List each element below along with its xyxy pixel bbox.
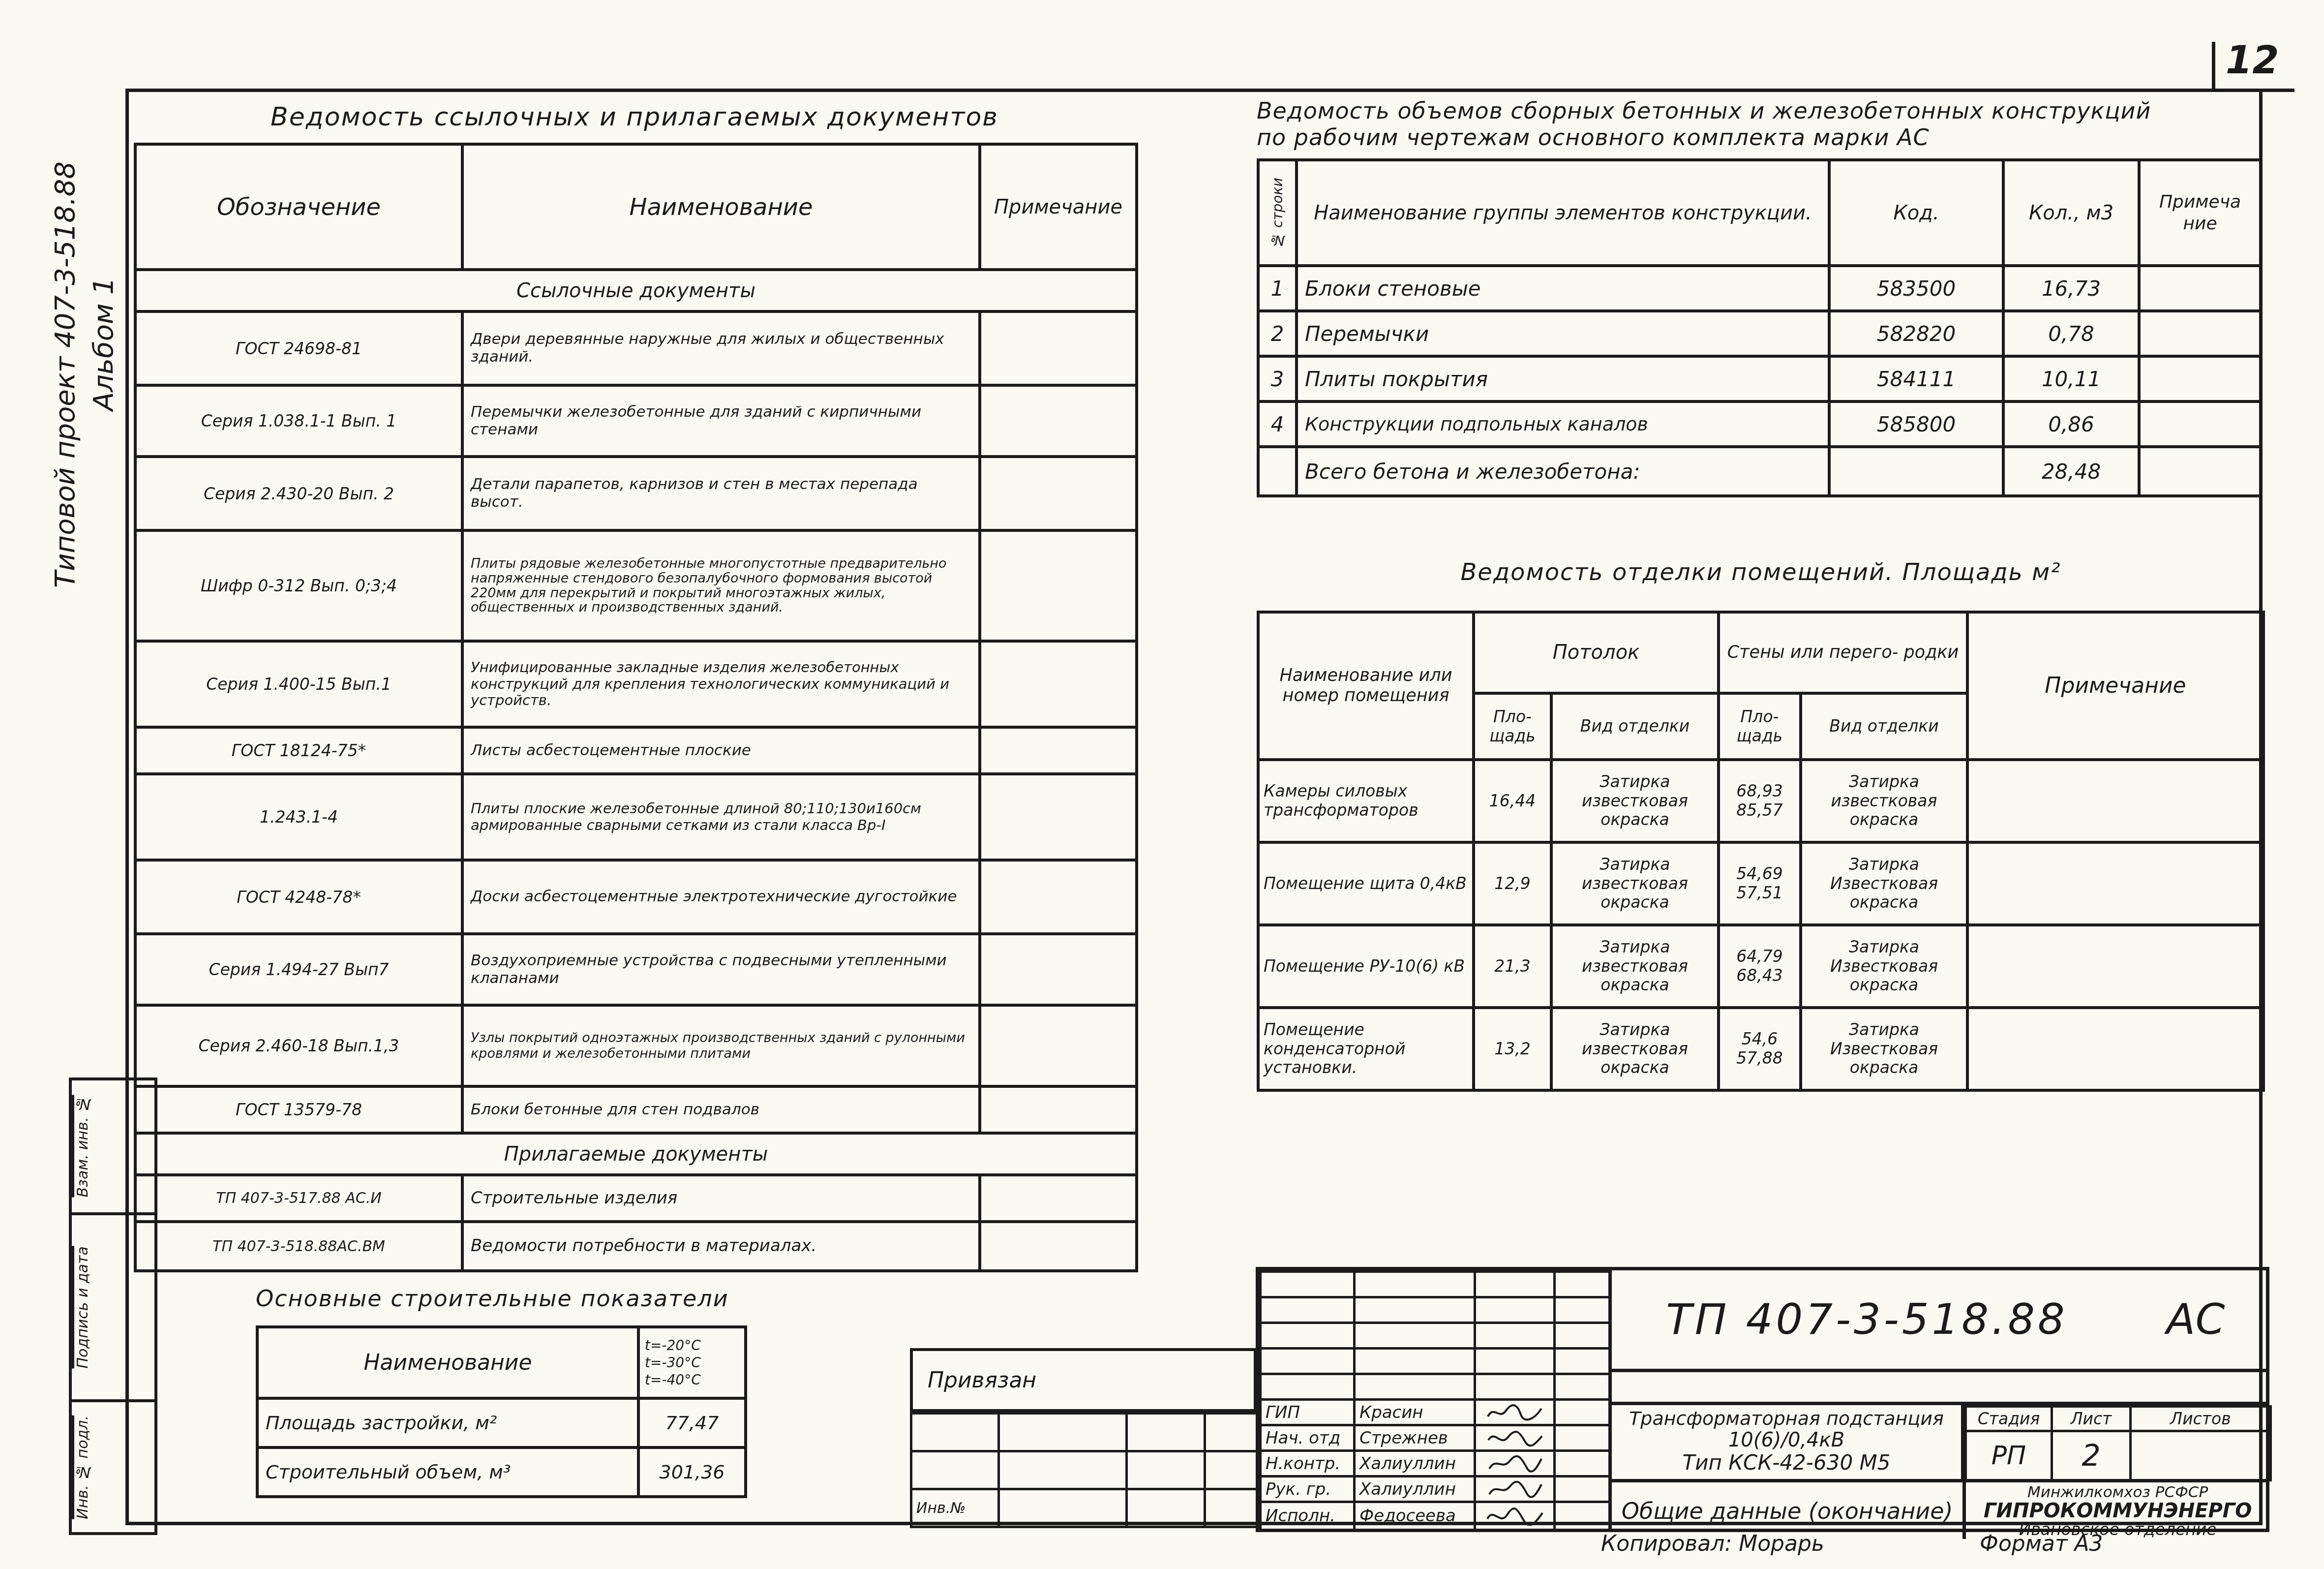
signature-cell <box>1475 1400 1555 1425</box>
indicators-title: Основные строительные показатели <box>256 1285 748 1312</box>
finishing-title: Ведомость отделки помещений. Площадь м² <box>1257 558 2265 586</box>
ceiling-area-cell: 21,3 <box>1474 925 1551 1008</box>
note-cell <box>980 385 1137 457</box>
note-cell <box>2139 311 2261 356</box>
section-label: Прилагаемые документы <box>135 1133 1137 1175</box>
name-cell: Детали парапетов, карнизов и стен в мест… <box>462 457 980 530</box>
empty-cell <box>1829 447 2003 496</box>
sheet-name: Общие данные (окончание) <box>1612 1482 1966 1539</box>
col-ceiling-kind: Вид отделки <box>1551 693 1719 760</box>
empty-cell <box>1127 1451 1205 1489</box>
table-row: 1 Блоки стеновые 583500 16,73 <box>1258 266 2261 311</box>
note-cell <box>980 1222 1137 1271</box>
name-cell: Ведомости потребности в материалах. <box>462 1222 980 1271</box>
qty-cell: 16,73 <box>2003 266 2139 311</box>
col-designation: Обозначение <box>135 144 462 270</box>
table-row: Серия 1.400-15 Вып.1 Унифицированные зак… <box>135 641 1137 727</box>
table-row: ТП 407-3-517.88 АС.И Строительные издели… <box>135 1175 1137 1222</box>
name-cell: Халиуллин <box>1355 1451 1475 1477</box>
empty-cell <box>1355 1349 1475 1374</box>
empty-cell <box>1205 1451 1258 1489</box>
table-header-row: № строки Наименование группы элементов к… <box>1258 160 2261 266</box>
designation-cell: Серия 2.460-18 Вып.1,3 <box>135 1005 462 1086</box>
grid-row <box>1261 1374 1610 1400</box>
name-cell: Воздухоприемные устройства с подвесными … <box>462 934 980 1005</box>
walls-area-2: 68,43 <box>1736 966 1782 985</box>
table-row: Помещение конденсаторной установки. 13,2… <box>1258 1008 2264 1090</box>
name-cell: Блоки бетонные для стен подвалов <box>462 1086 980 1133</box>
signature-row: Нач. отд Стрежнев <box>1261 1425 1610 1451</box>
doc-mark: АС <box>2122 1295 2269 1344</box>
indicator-value-cell: 301,36 <box>638 1447 746 1497</box>
name-cell: Плиты рядовые железобетонные многопустот… <box>462 530 980 641</box>
designation-cell: ТП 407-3-518.88АС.ВМ <box>135 1222 462 1271</box>
table-row <box>911 1451 1258 1489</box>
empty-cell <box>1555 1297 1610 1323</box>
empty-cell <box>1127 1414 1205 1451</box>
note-cell <box>1967 842 2264 925</box>
qty-cell: 0,78 <box>2003 311 2139 356</box>
total-row: Всего бетона и железобетона: 28,48 <box>1258 447 2261 496</box>
stamp-empty-cell <box>103 1402 154 1532</box>
stamp-label: Подпись и дата <box>72 1246 103 1369</box>
empty-cell <box>1261 1323 1355 1349</box>
designation-cell: ГОСТ 24698-81 <box>135 311 462 385</box>
sheet-name-band: Общие данные (окончание) Минжилкомхоз РС… <box>1612 1482 2269 1539</box>
reference-docs-block: Ведомость ссылочных и прилагаемых докуме… <box>134 102 1135 1272</box>
ceiling-kind-cell: Затирка известковая окраска <box>1551 760 1719 842</box>
grid-row <box>1261 1323 1610 1349</box>
grid-row <box>1261 1297 1610 1323</box>
qty-cell: 0,86 <box>2003 401 2139 447</box>
total-qty-cell: 28,48 <box>2003 447 2139 496</box>
empty-cell <box>1555 1425 1610 1451</box>
note-cell <box>980 1086 1137 1133</box>
empty-cell <box>1261 1272 1355 1297</box>
walls-kind-cell: Затирка Известковая окраска <box>1801 1008 1967 1090</box>
empty-cell <box>1475 1323 1555 1349</box>
room-cell: Камеры силовых трансформаторов <box>1258 760 1474 842</box>
note-cell <box>980 860 1137 934</box>
note-cell <box>980 1175 1137 1222</box>
empty-cell <box>1205 1414 1258 1451</box>
empty-cell <box>999 1414 1127 1451</box>
indicator-value-cell: 77,47 <box>638 1398 746 1447</box>
stage-value: РП <box>1966 1431 2052 1480</box>
empty-cell <box>1555 1349 1610 1374</box>
designation-cell: Серия 1.400-15 Вып.1 <box>135 641 462 727</box>
section-label: Ссылочные документы <box>135 270 1137 311</box>
walls-area-2: 85,57 <box>1736 800 1782 820</box>
inventory-number-label: Инв.№ <box>911 1489 999 1527</box>
qty-cell: 10,11 <box>2003 356 2139 401</box>
table-row: 1.243.1-4 Плиты плоские железобетонные д… <box>135 774 1137 860</box>
line-number-cell: 3 <box>1258 356 1297 401</box>
empty-cell <box>1555 1323 1610 1349</box>
table-row: Серия 2.460-18 Вып.1,3 Узлы покрытий одн… <box>135 1005 1137 1086</box>
name-cell: Перемычки <box>1297 311 1829 356</box>
empty-band <box>1612 1372 2269 1405</box>
title-block: ГИП Красин Нач. отд Стрежнев Н.контр. Ха… <box>1256 1267 2269 1532</box>
empty-cell <box>1355 1297 1475 1323</box>
room-cell: Помещение РУ-10(6) кВ <box>1258 925 1474 1008</box>
name-cell: Строительные изделия <box>462 1175 980 1222</box>
name-cell: Красин <box>1355 1400 1475 1425</box>
note-cell <box>980 1005 1137 1086</box>
binding-table: Инв.№ <box>910 1412 1259 1528</box>
sheets-header: Листов <box>2131 1407 2271 1431</box>
reference-docs-table: Обозначение Наименование Примечание Ссыл… <box>134 143 1138 1272</box>
stage-header-row: Стадия Лист Листов <box>1966 1407 2271 1431</box>
stamp-label: Взам. инв. № <box>72 1095 103 1198</box>
note-cell <box>980 530 1137 641</box>
signature-grid: ГИП Красин Нач. отд Стрежнев Н.контр. Ха… <box>1259 1270 1611 1531</box>
note-cell <box>980 934 1137 1005</box>
grid-row <box>1261 1349 1610 1374</box>
object-line3: Тип КСК-42-630 М5 <box>1612 1451 1961 1474</box>
empty-cell <box>1205 1489 1258 1527</box>
empty-cell <box>1475 1349 1555 1374</box>
table-header-row: Наименование или номер помещения Потолок… <box>1258 612 2264 693</box>
table-row: Шифр 0-312 Вып. 0;3;4 Плиты рядовые желе… <box>135 530 1137 641</box>
name-cell: Листы асбестоцементные плоские <box>462 727 980 774</box>
indicators-block: Основные строительные показатели Наимено… <box>256 1285 748 1498</box>
object-cell: Трансформаторная подстанция 10(6)/0,4кВ … <box>1612 1405 1964 1479</box>
format-caption: Формат А3 <box>1980 1531 2103 1556</box>
org-line2: ГИПРОКОММУНЭНЕРГО <box>1966 1501 2269 1521</box>
name-cell: Федосеева <box>1355 1502 1475 1530</box>
col-note: Примечание <box>1967 612 2264 760</box>
role-cell: Нач. отд <box>1261 1425 1355 1451</box>
organization-cell: Минжилкомхоз РСФСР ГИПРОКОММУНЭНЕРГО Ива… <box>1966 1482 2269 1539</box>
table-row: 2 Перемычки 582820 0,78 <box>1258 311 2261 356</box>
org-line1: Минжилкомхоз РСФСР <box>1966 1484 2269 1501</box>
signature-icon <box>1485 1506 1544 1526</box>
note-cell <box>980 774 1137 860</box>
name-cell: Стрежнев <box>1355 1425 1475 1451</box>
stage-value-row: РП 2 <box>1966 1431 2271 1480</box>
temp-line: t=-40°C <box>645 1371 739 1388</box>
table-row: Серия 2.430-20 Вып. 2 Детали парапетов, … <box>135 457 1137 530</box>
table-row: ГОСТ 24698-81 Двери деревянные наружные … <box>135 311 1137 385</box>
name-cell: Халиуллин <box>1355 1477 1475 1502</box>
volumes-table: № строки Наименование группы элементов к… <box>1257 158 2263 497</box>
volumes-title-line1: Ведомость объемов сборных бетонных и жел… <box>1257 97 2265 124</box>
ceiling-kind-cell: Затирка известковая окраска <box>1551 925 1719 1008</box>
designation-cell: ГОСТ 4248-78* <box>135 860 462 934</box>
line-number-cell: 1 <box>1258 266 1297 311</box>
walls-area-1: 68,93 <box>1736 781 1782 800</box>
frame-top-extension <box>2263 89 2294 92</box>
empty-cell <box>1355 1374 1475 1400</box>
signature-row: Н.контр. Халиуллин <box>1261 1451 1610 1477</box>
signature-icon <box>1485 1479 1544 1499</box>
col-ceiling: Потолок <box>1474 612 1719 693</box>
name-cell: Унифицированные закладные изделия железо… <box>462 641 980 727</box>
name-cell: Доски асбестоцементные электротехнически… <box>462 860 980 934</box>
sheet-header: Лист <box>2052 1407 2131 1431</box>
designation-cell: Шифр 0-312 Вып. 0;3;4 <box>135 530 462 641</box>
empty-cell <box>999 1489 1127 1527</box>
object-line1: Трансформаторная подстанция <box>1612 1408 1961 1429</box>
table-row: Площадь застройки, м² 77,47 <box>257 1398 746 1447</box>
copied-by-caption: Копировал: Морарь <box>1601 1531 1824 1556</box>
col-qty: Кол., м3 <box>2003 160 2139 266</box>
col-note: Примечание <box>980 144 1137 270</box>
role-cell: Рук. гр. <box>1261 1477 1355 1502</box>
col-name: Наименование группы элементов конструкци… <box>1297 160 1829 266</box>
empty-cell <box>1475 1297 1555 1323</box>
col-note: Примеча ние <box>2139 160 2261 266</box>
note-cell <box>1967 760 2264 842</box>
empty-cell <box>2139 447 2261 496</box>
name-cell: Узлы покрытий одноэтажных производственн… <box>462 1005 980 1086</box>
indicator-name-cell: Площадь застройки, м² <box>257 1398 638 1447</box>
table-row <box>911 1414 1258 1451</box>
reference-docs-title: Ведомость ссылочных и прилагаемых докуме… <box>134 102 1135 143</box>
col-line-number: № строки <box>1258 160 1297 266</box>
sheet-value: 2 <box>2052 1431 2131 1480</box>
signature-icon <box>1485 1403 1544 1422</box>
stamp-label: Инв. № подл. <box>72 1415 103 1519</box>
stage-cell: Стадия Лист Листов РП 2 <box>1964 1405 2269 1479</box>
designation-cell: Серия 2.430-20 Вып. 2 <box>135 457 462 530</box>
empty-cell <box>911 1414 999 1451</box>
designation-cell: ГОСТ 18124-75* <box>135 727 462 774</box>
title-block-right: ТП 407-3-518.88 АС Трансформаторная подс… <box>1608 1270 2269 1529</box>
grid-row <box>1261 1272 1610 1297</box>
walls-kind-cell: Затирка Известковая окраска <box>1801 925 1967 1008</box>
empty-cell <box>1127 1489 1205 1527</box>
sheets-value <box>2131 1431 2271 1480</box>
col-code: Код. <box>1829 160 2003 266</box>
table-header-row: Обозначение Наименование Примечание <box>135 144 1137 270</box>
temp-line: t=-20°C <box>645 1337 739 1354</box>
line-number-cell: 2 <box>1258 311 1297 356</box>
table-row: Помещение щита 0,4кВ 12,9 Затирка извест… <box>1258 842 2264 925</box>
table-row: Помещение РУ-10(6) кВ 21,3 Затирка извес… <box>1258 925 2264 1008</box>
table-row: ГОСТ 4248-78* Доски асбестоцементные эле… <box>135 860 1137 934</box>
table-row: Серия 1.038.1-1 Вып. 1 Перемычки железоб… <box>135 385 1137 457</box>
note-cell <box>2139 401 2261 447</box>
walls-area-1: 64,79 <box>1736 947 1782 966</box>
empty-cell <box>1475 1272 1555 1297</box>
empty-cell <box>1258 447 1297 496</box>
col-walls-area: Пло- щадь <box>1719 693 1801 760</box>
volumes-title-line2: по рабочим чертежам основного комплекта … <box>1257 124 2265 151</box>
doc-number-band: ТП 407-3-518.88 АС <box>1612 1270 2269 1372</box>
signature-icon <box>1485 1454 1544 1474</box>
empty-cell <box>1355 1323 1475 1349</box>
table-header-row: Наименование t=-20°C t=-30°C t=-40°C <box>257 1327 746 1398</box>
empty-cell <box>1355 1272 1475 1297</box>
empty-cell <box>1261 1297 1355 1323</box>
role-cell: ГИП <box>1261 1400 1355 1425</box>
designation-cell: ГОСТ 13579-78 <box>135 1086 462 1133</box>
col-walls: Стены или перего- родки <box>1719 612 1967 693</box>
object-line2: 10(6)/0,4кВ <box>1612 1429 1961 1451</box>
table-row: ГОСТ 13579-78 Блоки бетонные для стен по… <box>135 1086 1137 1133</box>
walls-area-1: 54,6 <box>1742 1029 1778 1048</box>
ceiling-area-cell: 16,44 <box>1474 760 1551 842</box>
name-cell: Двери деревянные наружные для жилых и об… <box>462 311 980 385</box>
role-cell: Исполн. <box>1261 1502 1355 1530</box>
walls-area-cell: 64,7968,43 <box>1719 925 1801 1008</box>
stage-table: Стадия Лист Листов РП 2 <box>1964 1405 2272 1481</box>
section-row: Ссылочные документы <box>135 270 1137 311</box>
note-cell <box>1967 1008 2264 1090</box>
col-room: Наименование или номер помещения <box>1258 612 1474 760</box>
empty-cell <box>999 1451 1127 1489</box>
signature-icon <box>1485 1428 1544 1448</box>
code-cell: 584111 <box>1829 356 2003 401</box>
empty-cell <box>1261 1349 1355 1374</box>
stage-header: Стадия <box>1966 1407 2052 1431</box>
walls-area-cell: 68,9385,57 <box>1719 760 1801 842</box>
empty-cell <box>1475 1374 1555 1400</box>
finishing-block: Ведомость отделки помещений. Площадь м² … <box>1257 558 2265 1092</box>
table-row: Серия 1.494-27 Вып7 Воздухоприемные устр… <box>135 934 1137 1005</box>
ceiling-kind-cell: Затирка известковая окраска <box>1551 1008 1719 1090</box>
col-name: Наименование <box>257 1327 638 1398</box>
binding-label: Привязан <box>910 1348 1257 1412</box>
empty-cell <box>1555 1374 1610 1400</box>
sheet-number-tick <box>2212 42 2215 92</box>
ceiling-area-cell: 13,2 <box>1474 1008 1551 1090</box>
role-cell: Н.контр. <box>1261 1451 1355 1477</box>
signature-cell <box>1475 1451 1555 1477</box>
volumes-block: Ведомость объемов сборных бетонных и жел… <box>1257 97 2265 497</box>
note-cell <box>980 457 1137 530</box>
code-cell: 582820 <box>1829 311 2003 356</box>
signature-row: Рук. гр. Халиуллин <box>1261 1477 1610 1502</box>
temp-line: t=-30°C <box>645 1354 739 1371</box>
name-cell: Конструкции подпольных каналов <box>1297 401 1829 447</box>
name-cell: Перемычки железобетонные для зданий с ки… <box>462 385 980 457</box>
name-cell: Плиты покрытия <box>1297 356 1829 401</box>
finishing-table: Наименование или номер помещения Потолок… <box>1257 611 2265 1092</box>
empty-cell <box>1555 1400 1610 1425</box>
walls-area-2: 57,88 <box>1736 1048 1782 1068</box>
walls-area-cell: 54,6957,51 <box>1719 842 1801 925</box>
empty-cell <box>1555 1451 1610 1477</box>
note-cell <box>980 641 1137 727</box>
empty-cell <box>1555 1477 1610 1502</box>
indicators-table: Наименование t=-20°C t=-30°C t=-40°C Пло… <box>256 1325 747 1498</box>
table-row: ТП 407-3-518.88АС.ВМ Ведомости потребнос… <box>135 1222 1137 1271</box>
signature-row: Исполн. Федосеева <box>1261 1502 1610 1530</box>
indicator-name-cell: Строительный объем, м³ <box>257 1447 638 1497</box>
designation-cell: Серия 1.038.1-1 Вып. 1 <box>135 385 462 457</box>
designation-cell: 1.243.1-4 <box>135 774 462 860</box>
room-cell: Помещение щита 0,4кВ <box>1258 842 1474 925</box>
object-stage-band: Трансформаторная подстанция 10(6)/0,4кВ … <box>1612 1405 2269 1482</box>
table-row: ГОСТ 18124-75* Листы асбестоцементные пл… <box>135 727 1137 774</box>
temperature-cell: t=-20°C t=-30°C t=-40°C <box>638 1327 746 1398</box>
name-cell: Блоки стеновые <box>1297 266 1829 311</box>
signature-cell <box>1475 1477 1555 1502</box>
section-row: Прилагаемые документы <box>135 1133 1137 1175</box>
walls-area-1: 54,69 <box>1736 864 1782 883</box>
name-cell: Плиты плоские железобетонные длиной 80;1… <box>462 774 980 860</box>
note-cell <box>980 311 1137 385</box>
walls-area-cell: 54,657,88 <box>1719 1008 1801 1090</box>
note-cell <box>1967 925 2264 1008</box>
sheet-number: 12 <box>2226 38 2279 83</box>
stamp-box: Инв. № подл. <box>69 1402 157 1535</box>
line-number-cell: 4 <box>1258 401 1297 447</box>
doc-number: ТП 407-3-518.88 <box>1612 1295 2122 1344</box>
walls-kind-cell: Затирка известковая окраска <box>1801 760 1967 842</box>
signature-cell <box>1475 1502 1555 1530</box>
code-cell: 583500 <box>1829 266 2003 311</box>
note-cell <box>980 727 1137 774</box>
note-cell <box>2139 266 2261 311</box>
col-name: Наименование <box>462 144 980 270</box>
ceiling-area-cell: 12,9 <box>1474 842 1551 925</box>
note-cell <box>2139 356 2261 401</box>
margin-project-label: Типовой проект 407-3-518.88 <box>49 161 81 588</box>
walls-kind-cell: Затирка Известковая окраска <box>1801 842 1967 925</box>
col-ceiling-area: Пло- щадь <box>1474 693 1551 760</box>
table-row: Строительный объем, м³ 301,36 <box>257 1447 746 1497</box>
empty-cell <box>1555 1502 1610 1530</box>
empty-cell <box>1555 1272 1610 1297</box>
designation-cell: Серия 1.494-27 Вып7 <box>135 934 462 1005</box>
designation-cell: ТП 407-3-517.88 АС.И <box>135 1175 462 1222</box>
table-row: Камеры силовых трансформаторов 16,44 Зат… <box>1258 760 2264 842</box>
total-label-cell: Всего бетона и железобетона: <box>1297 447 1829 496</box>
binding-block: Привязан Инв.№ <box>910 1348 1257 1528</box>
code-cell: 585800 <box>1829 401 2003 447</box>
empty-cell <box>911 1451 999 1489</box>
signature-row: ГИП Красин <box>1261 1400 1610 1425</box>
room-cell: Помещение конденсаторной установки. <box>1258 1008 1474 1090</box>
table-row: 3 Плиты покрытия 584111 10,11 <box>1258 356 2261 401</box>
empty-cell <box>1261 1374 1355 1400</box>
ceiling-kind-cell: Затирка известковая окраска <box>1551 842 1719 925</box>
signature-cell <box>1475 1425 1555 1451</box>
walls-area-2: 57,51 <box>1736 883 1782 902</box>
margin-album-label: Альбом 1 <box>88 277 120 411</box>
col-walls-kind: Вид отделки <box>1801 693 1967 760</box>
table-row: Инв.№ <box>911 1489 1258 1527</box>
table-row: 4 Конструкции подпольных каналов 585800 … <box>1258 401 2261 447</box>
